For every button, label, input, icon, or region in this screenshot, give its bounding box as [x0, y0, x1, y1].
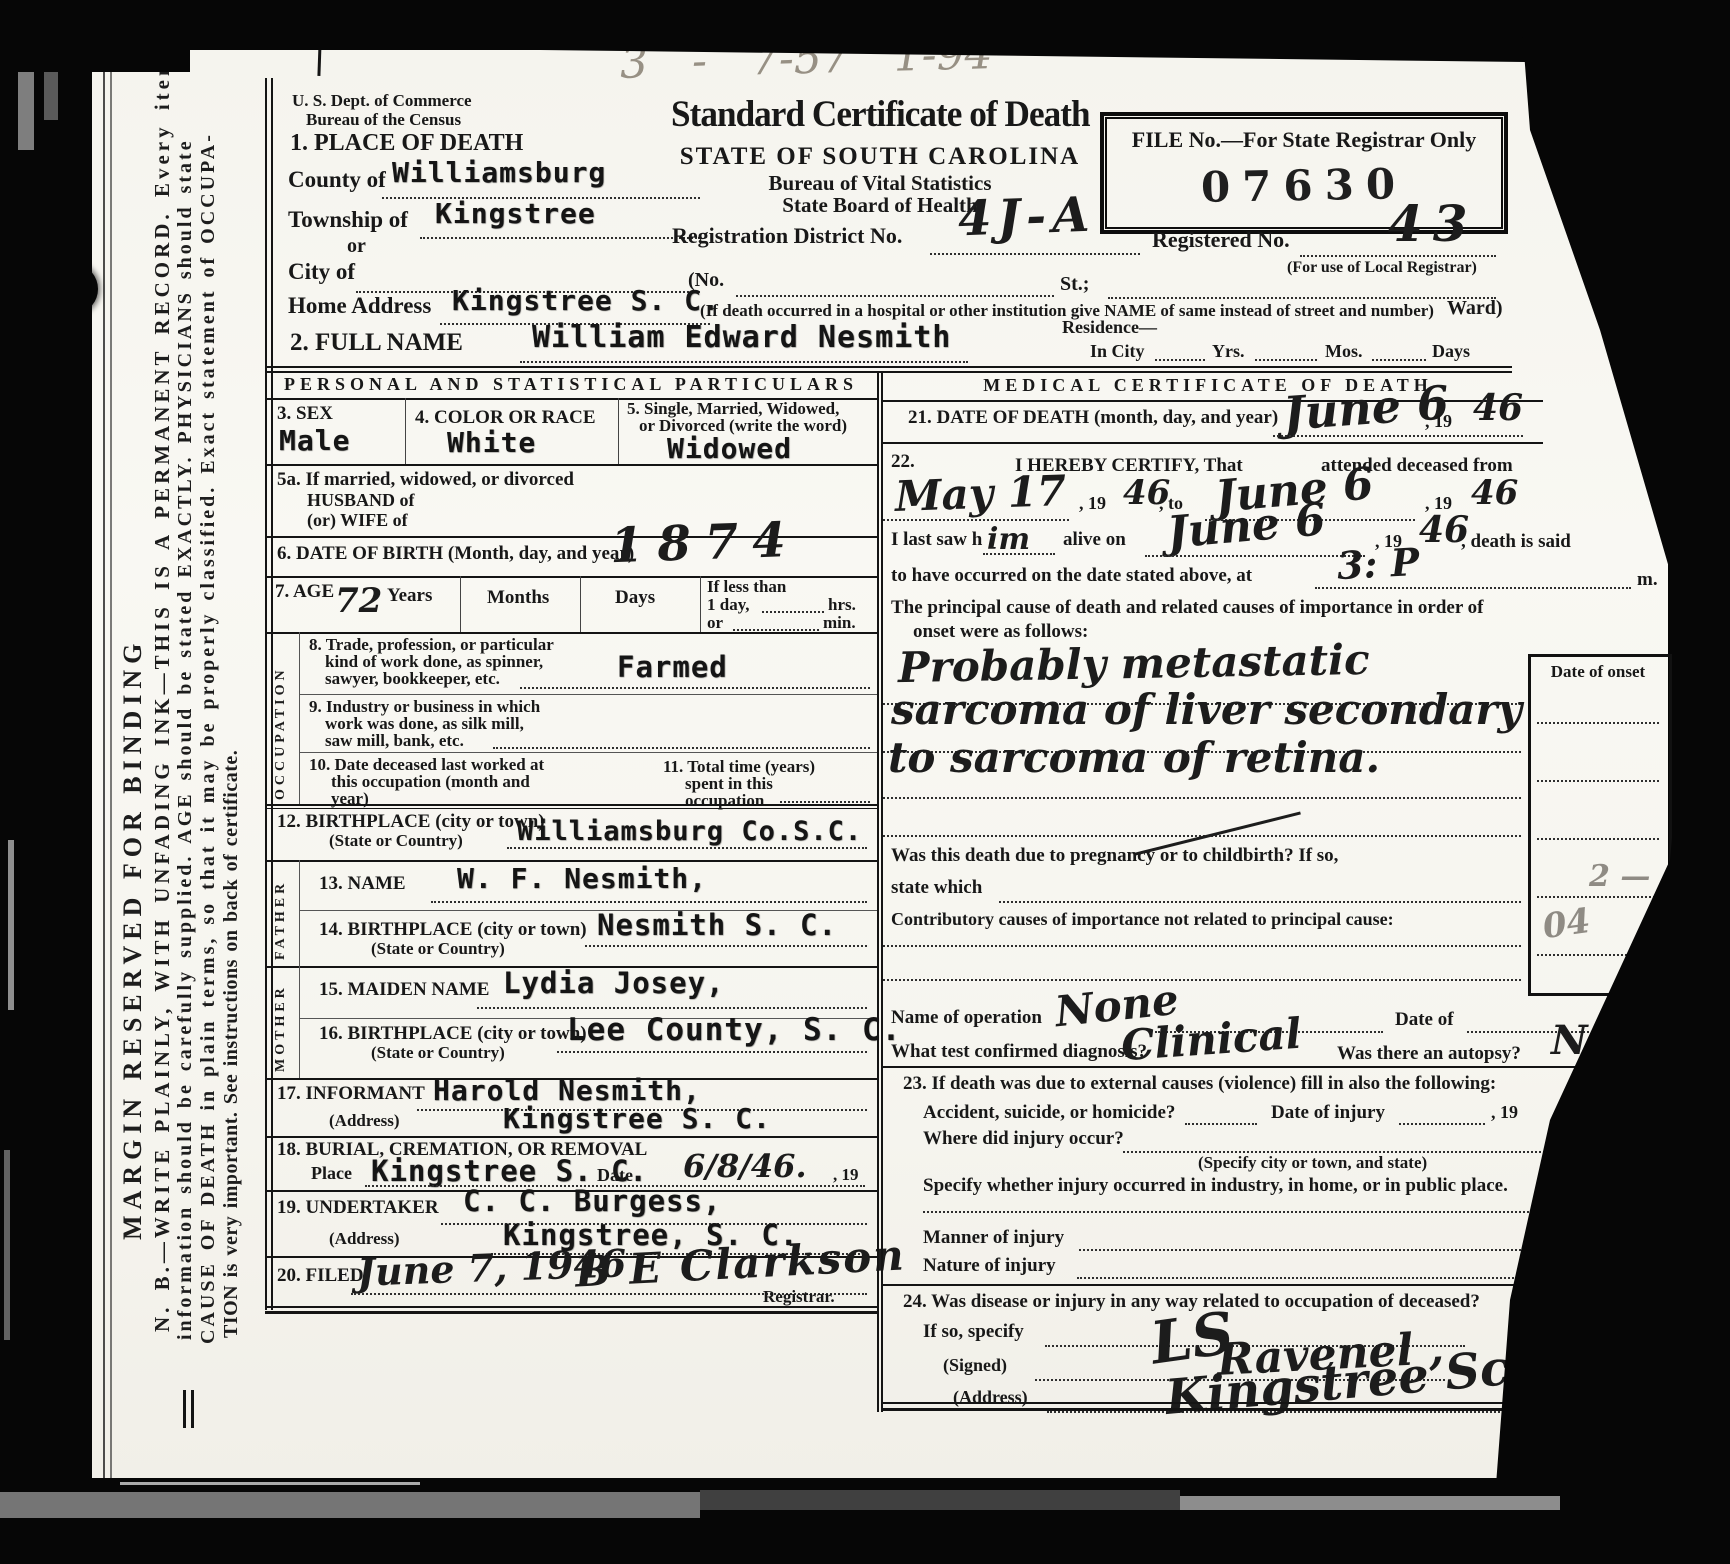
injury-year-label: , 19 — [1491, 1103, 1518, 1122]
q22-number: 22. — [891, 452, 915, 472]
margin-nb-line3: CAUSE OF DEATH in plain terms, so that i… — [197, 132, 220, 1344]
informant-address-label: (Address) — [329, 1112, 400, 1130]
informant-address-value: Kingstree S. C. — [503, 1104, 771, 1133]
attended-from-value: May 17 — [894, 469, 1067, 519]
city-label: City of — [288, 260, 355, 284]
yrs-label: Yrs. — [1212, 342, 1245, 361]
birthplace-sublabel: (State or Country) — [329, 832, 463, 850]
undertaker-label: 19. UNDERTAKER — [277, 1198, 439, 1218]
birthplace-value: Williamsburg Co.S.C. — [517, 818, 862, 846]
specify-city-note: (Specify city or town, and state) — [1198, 1154, 1427, 1172]
dotted-line — [1300, 254, 1496, 257]
onset-faint-mark: 2 — — [1589, 861, 1650, 893]
margin-nb-line1: N. B.—WRITE PLAINLY, WITH UNFADING INK—T… — [150, 16, 175, 1332]
burial-place-label: Place — [311, 1164, 352, 1183]
burial-date-label: Date — [597, 1166, 633, 1185]
him-handwritten: im — [987, 524, 1030, 556]
q9-label3: saw mill, bank, etc. — [325, 732, 464, 750]
registered-no-label: Registered No. — [1152, 228, 1290, 251]
certificate-title: Standard Certificate of Death — [671, 96, 1089, 135]
wife-label: (or) WIFE of — [307, 511, 408, 530]
principal-cause-label: The principal cause of death and related… — [891, 598, 1484, 618]
hrs-label: hrs. — [828, 596, 856, 614]
q23-label: 23. If death was due to external causes … — [903, 1074, 1496, 1094]
or-label: or — [347, 236, 366, 257]
scanned-death-certificate: MARGIN RESERVED FOR BINDING N. B.—WRITE … — [0, 0, 1730, 1564]
occupation-value: Farmed — [617, 652, 728, 682]
scan-edge-left — [0, 0, 92, 1564]
dotted-line — [1108, 296, 1496, 299]
registrar-label: Registrar. — [763, 1288, 835, 1306]
date-of-death-year-value: 46 — [1473, 390, 1523, 428]
dotted-line — [420, 236, 700, 239]
date-of-death-year-prefix: , 19 — [1425, 412, 1452, 431]
township-label: Township of — [288, 208, 408, 232]
maiden-name-label: 15. MAIDEN NAME — [319, 980, 489, 1000]
registered-no-value: 43 — [1388, 198, 1478, 251]
days-label: Days — [1432, 342, 1470, 361]
township-value: Kingstree — [435, 199, 596, 228]
date-of-death-label: 21. DATE OF DEATH (month, day, and year) — [908, 408, 1278, 428]
race-label: 4. COLOR OR RACE — [415, 408, 596, 428]
mos-label: Mos. — [1325, 342, 1363, 361]
father-name-value: W. F. Nesmith, — [457, 864, 707, 893]
father-birthplace-value: Nesmith S. C. — [597, 910, 837, 940]
death-said-label: , death is said — [1461, 532, 1571, 552]
alive-on-label: alive on — [1063, 530, 1126, 550]
cause-of-death-line2: sarcoma of liver secondary — [891, 688, 1522, 732]
scan-streak — [4, 1150, 10, 1340]
signed-label: (Signed) — [943, 1356, 1007, 1375]
accident-label: Accident, suicide, or homicide? — [923, 1103, 1175, 1123]
or-min-label: or — [707, 614, 723, 632]
local-registrar-note: (For use of Local Registrar) — [1287, 260, 1477, 277]
m-label: m. — [1637, 570, 1658, 590]
scan-edge-top-corner — [0, 0, 190, 72]
date-of-injury-label: Date of injury — [1271, 1103, 1385, 1123]
father-name-label: 13. NAME — [319, 874, 406, 894]
fold-line — [110, 48, 112, 1478]
where-injury-label: Where did injury occur? — [923, 1129, 1124, 1149]
manner-of-injury-label: Manner of injury — [923, 1228, 1064, 1248]
cause-of-death-line3: to sarcoma of retina. — [888, 736, 1380, 780]
fold-line — [103, 48, 105, 1478]
mother-birthplace-label: 16. BIRTHPLACE (city or town) — [319, 1024, 587, 1044]
place-of-death-label: 1. PLACE OF DEATH — [290, 131, 523, 156]
marital-value: Widowed — [667, 434, 792, 463]
maiden-name-value: Lydia Josey, — [503, 968, 725, 998]
scan-streak — [700, 1490, 1180, 1510]
last-saw-date-value: June 6 — [1165, 497, 1327, 557]
dotted-line — [1255, 358, 1317, 361]
state-line: STATE OF SOUTH CAROLINA — [660, 144, 1100, 170]
time-of-death-value: 3: P — [1336, 542, 1420, 586]
scan-edge-bottom — [0, 1478, 1730, 1564]
county-label: County of — [288, 168, 386, 192]
principal-cause-label2: onset were as follows: — [913, 622, 1088, 642]
state-which-label: state which — [891, 878, 982, 898]
dotted-line — [1372, 358, 1426, 361]
county-value: Williamsburg — [392, 158, 606, 187]
burial-date-value: 6/8/46. — [683, 1150, 807, 1184]
race-value: White — [447, 428, 536, 457]
mother-birthplace-value: Lee County, S. C. — [567, 1014, 901, 1047]
dept-of-commerce-label: U. S. Dept. of Commerce — [292, 92, 472, 110]
street-label: St.; — [1060, 274, 1089, 295]
full-name-label: 2. FULL NAME — [290, 330, 463, 356]
scan-streak — [0, 1492, 700, 1518]
dob-value: 1874 — [609, 515, 800, 572]
from-year-prefix: , 19 — [1079, 494, 1106, 513]
scan-scratch — [120, 1482, 420, 1485]
mother-birthplace-sublabel: (State or Country) — [371, 1044, 505, 1062]
if-so-specify-label: If so, specify — [923, 1322, 1024, 1342]
one-day-label: 1 day, — [707, 596, 750, 614]
mother-vertical-label: MOTHER — [273, 984, 289, 1072]
test-label: What test confirmed diagnosis? — [891, 1042, 1147, 1062]
personal-section-title: PERSONAL AND STATISTICAL PARTICULARS — [265, 375, 877, 394]
home-address-label: Home Address — [288, 294, 431, 318]
to-year-value: 46 — [1471, 476, 1518, 512]
full-name-value: William Edward Nesmith — [532, 322, 951, 354]
margin-nb-line4: TION is very important. See instructions… — [220, 750, 243, 1338]
file-box-label: FILE No.—For State Registrar Only — [1104, 128, 1504, 151]
age-years-label: Years — [387, 586, 432, 606]
residence-label: Residence— — [1062, 318, 1157, 337]
father-birthplace-label: 14. BIRTHPLACE (city or town) — [319, 920, 587, 940]
operation-label: Name of operation — [891, 1008, 1042, 1028]
personal-particulars-column: PERSONAL AND STATISTICAL PARTICULARS 3. … — [265, 372, 877, 1310]
father-birthplace-sublabel: (State or Country) — [371, 940, 505, 958]
age-months-label: Months — [487, 588, 549, 608]
last-saw-label: I last saw h — [891, 530, 982, 550]
dob-label: 6. DATE OF BIRTH (Month, day, and year) — [277, 544, 634, 564]
dotted-line — [930, 252, 1140, 255]
bureau-census-label: Bureau of the Census — [306, 111, 461, 129]
sex-label: 3. SEX — [277, 404, 333, 424]
scan-mark — [191, 1390, 194, 1428]
informant-value: Harold Nesmith, — [433, 1076, 701, 1105]
less-than-label: If less than — [707, 578, 786, 596]
contributory-label: Contributory causes of importance not re… — [891, 910, 1394, 929]
in-city-label: In City — [1090, 342, 1145, 361]
informant-label: 17. INFORMANT — [277, 1084, 425, 1104]
occurred-label: to have occurred on the date stated abov… — [891, 566, 1252, 586]
nature-of-injury-label: Nature of injury — [923, 1256, 1056, 1276]
pregnancy-label: Was this death due to pregnancy or to ch… — [891, 846, 1338, 866]
cause-of-death-line1: Probably metastatic — [898, 638, 1370, 690]
physician-address-label: (Address) — [953, 1388, 1028, 1407]
age-label: 7. AGE — [275, 582, 334, 602]
onset-faint-mark2: 04 — [1541, 904, 1593, 946]
registration-district-label: Registration District No. — [672, 224, 902, 247]
dotted-line — [520, 360, 968, 363]
father-vertical-label: FATHER — [273, 880, 289, 960]
age-value: 72 — [335, 584, 382, 620]
burial-year-suffix: , 19 — [833, 1166, 859, 1184]
margin-nb-line2: information should be carefully supplied… — [174, 138, 197, 1340]
scan-mark — [183, 1390, 186, 1428]
dotted-line — [736, 294, 1054, 297]
undertaker-value: C. C. Burgess, — [463, 1186, 721, 1216]
age-days-label: Days — [615, 588, 655, 608]
dotted-line — [1155, 358, 1205, 361]
specify-whether-label: Specify whether injury occurred in indus… — [923, 1176, 1508, 1196]
ward-label: Ward) — [1447, 298, 1503, 319]
occupation-vertical-label: OCCUPATION — [273, 666, 289, 800]
sex-value: Male — [279, 426, 350, 455]
husband-label: HUSBAND of — [307, 491, 415, 510]
margin-binding-note: MARGIN RESERVED FOR BINDING — [118, 638, 148, 1240]
street-no-label: (No. — [688, 270, 724, 291]
q8-label3: sawyer, bookkeeper, etc. — [325, 670, 500, 688]
birthplace-label: 12. BIRTHPLACE (city or town) — [277, 812, 545, 832]
test-value: Clinical — [1120, 1012, 1303, 1069]
operation-date-label: Date of — [1395, 1010, 1454, 1030]
min-label: min. — [823, 614, 856, 632]
undertaker-address-label: (Address) — [329, 1230, 400, 1248]
if-married-label: 5a. If married, widowed, or divorced — [277, 470, 574, 490]
home-address-value: Kingstree S. C. — [452, 286, 720, 315]
section-divider — [265, 366, 1512, 368]
autopsy-label: Was there an autopsy? — [1337, 1044, 1521, 1064]
scan-streak — [8, 840, 14, 1010]
filed-label: 20. FILED — [277, 1266, 364, 1286]
date-of-onset-label: Date of onset — [1531, 663, 1665, 681]
scan-streak — [1180, 1496, 1560, 1510]
registration-district-value: 4J-A — [957, 190, 1096, 245]
